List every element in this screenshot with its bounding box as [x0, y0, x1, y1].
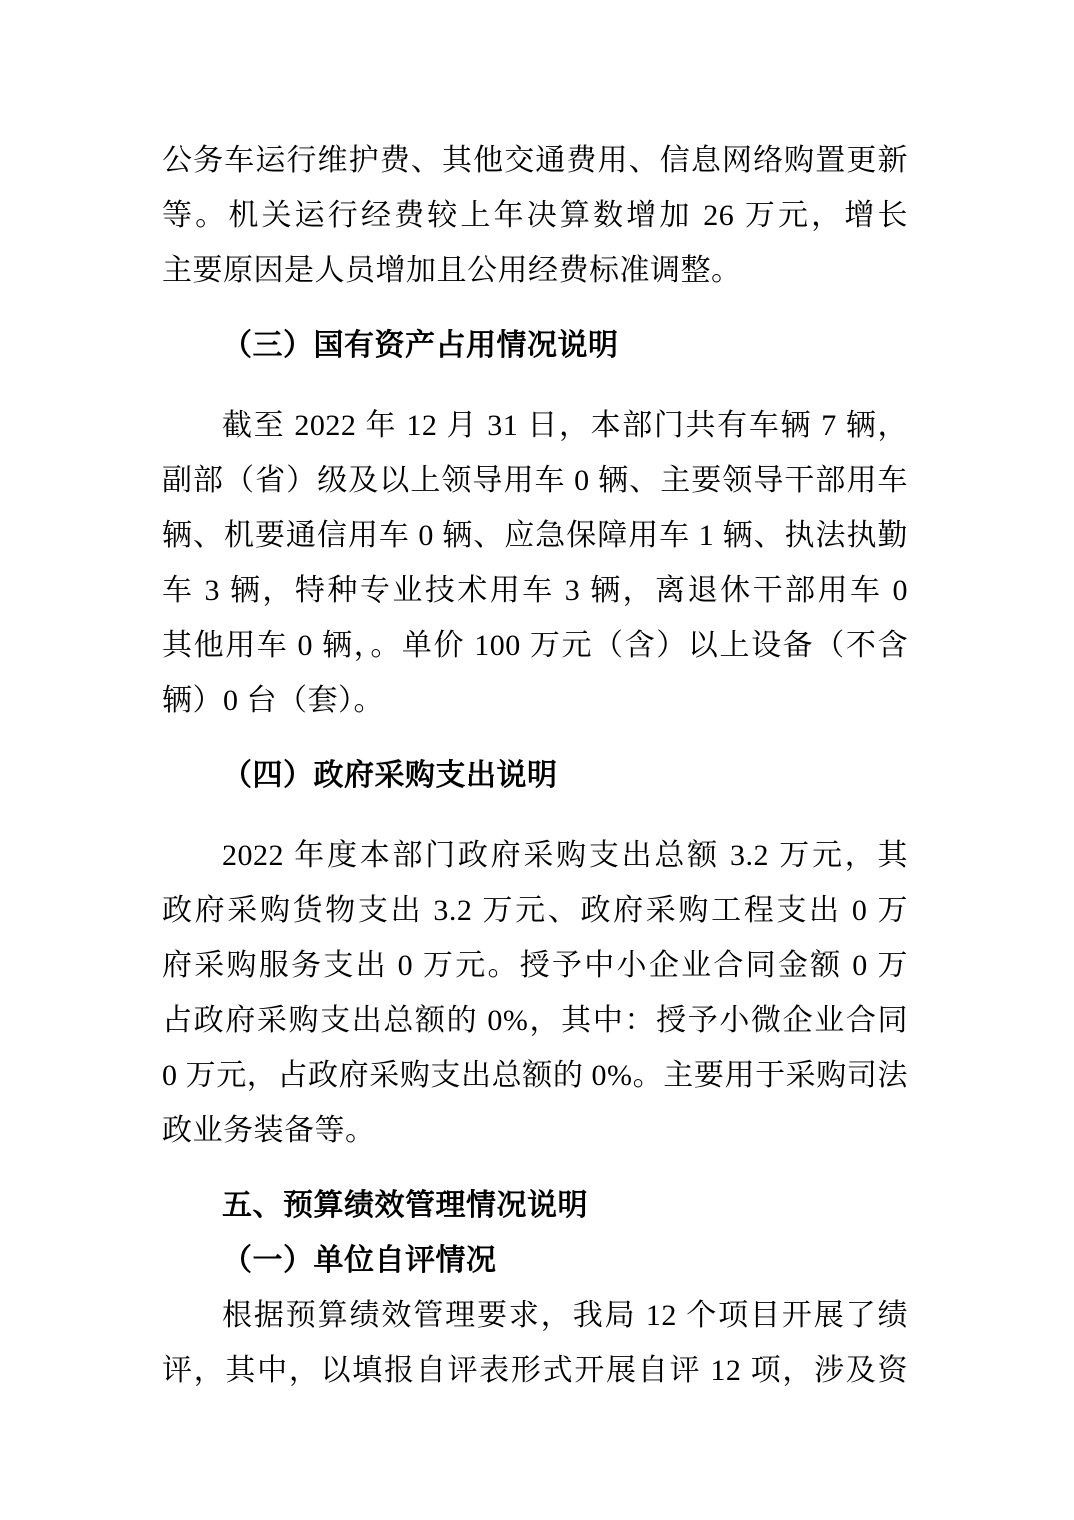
text-line: 2022 年度本部门政府采购支出总额 3.2 万元，其中：	[162, 828, 908, 883]
text-line: 根据预算绩效管理要求，我局 12 个项目开展了绩效自	[162, 1288, 908, 1343]
heading-gov-procurement: （四）政府采购支出说明	[162, 748, 908, 803]
para-gov-procurement: 2022 年度本部门政府采购支出总额 3.2 万元，其中：政府采购货物支出 3.…	[162, 828, 908, 1158]
text-line: 政业务装备等。	[162, 1103, 908, 1158]
heading-state-assets: （三）国有资产占用情况说明	[162, 318, 908, 373]
para-self-evaluation: 根据预算绩效管理要求，我局 12 个项目开展了绩效自评，其中，以填报自评表形式开…	[162, 1288, 908, 1398]
text-line: 公务车运行维护费、其他交通费用、信息网络购置更新费	[162, 133, 908, 188]
text-line: 0 万元，占政府采购支出总额的 0%。主要用于采购司法行	[162, 1048, 908, 1103]
text-line: 评，其中，以填报自评表形式开展自评 12 项，涉及资金	[162, 1343, 908, 1398]
text-line: 其他用车 0 辆，。单价 100 万元（含）以上设备（不含车	[162, 618, 908, 673]
text-line: 占政府采购支出总额的 0%，其中：授予小微企业合同金额	[162, 993, 908, 1048]
text-line: 政府采购货物支出 3.2 万元、政府采购工程支出 0 万元、政	[162, 883, 908, 938]
text-line: 辆、机要通信用车 0 辆、应急保障用车 1 辆、执法执勤用	[162, 508, 908, 563]
document-content: 公务车运行维护费、其他交通费用、信息网络购置更新费等。机关运行经费较上年决算数增…	[162, 133, 908, 1398]
para-state-assets: 截至 2022 年 12 月 31 日，本部门共有车辆 7 辆，其中，副部（省）…	[162, 398, 908, 728]
text-line: 辆）0 台（套）。	[162, 673, 908, 728]
text-line: 等。机关运行经费较上年决算数增加 26 万元，增长 25.0%，	[162, 188, 908, 243]
document-page: 公务车运行维护费、其他交通费用、信息网络购置更新费等。机关运行经费较上年决算数增…	[0, 0, 1074, 1520]
text-line: 府采购服务支出 0 万元。授予中小企业合同金额 0 万元，	[162, 938, 908, 993]
text-line: 截至 2022 年 12 月 31 日，本部门共有车辆 7 辆，其中，	[162, 398, 908, 453]
text-line: 主要原因是人员增加且公用经费标准调整。	[162, 243, 908, 298]
text-line: 车 3 辆，特种专业技术用车 3 辆，离退休干部用车 0 辆，	[162, 563, 908, 618]
heading-performance-mgmt: 五、预算绩效管理情况说明	[162, 1178, 908, 1233]
para-operating-expenses: 公务车运行维护费、其他交通费用、信息网络购置更新费等。机关运行经费较上年决算数增…	[162, 133, 908, 298]
text-line: 副部（省）级及以上领导用车 0 辆、主要领导干部用车 0	[162, 453, 908, 508]
heading-self-evaluation: （一）单位自评情况	[162, 1233, 908, 1288]
